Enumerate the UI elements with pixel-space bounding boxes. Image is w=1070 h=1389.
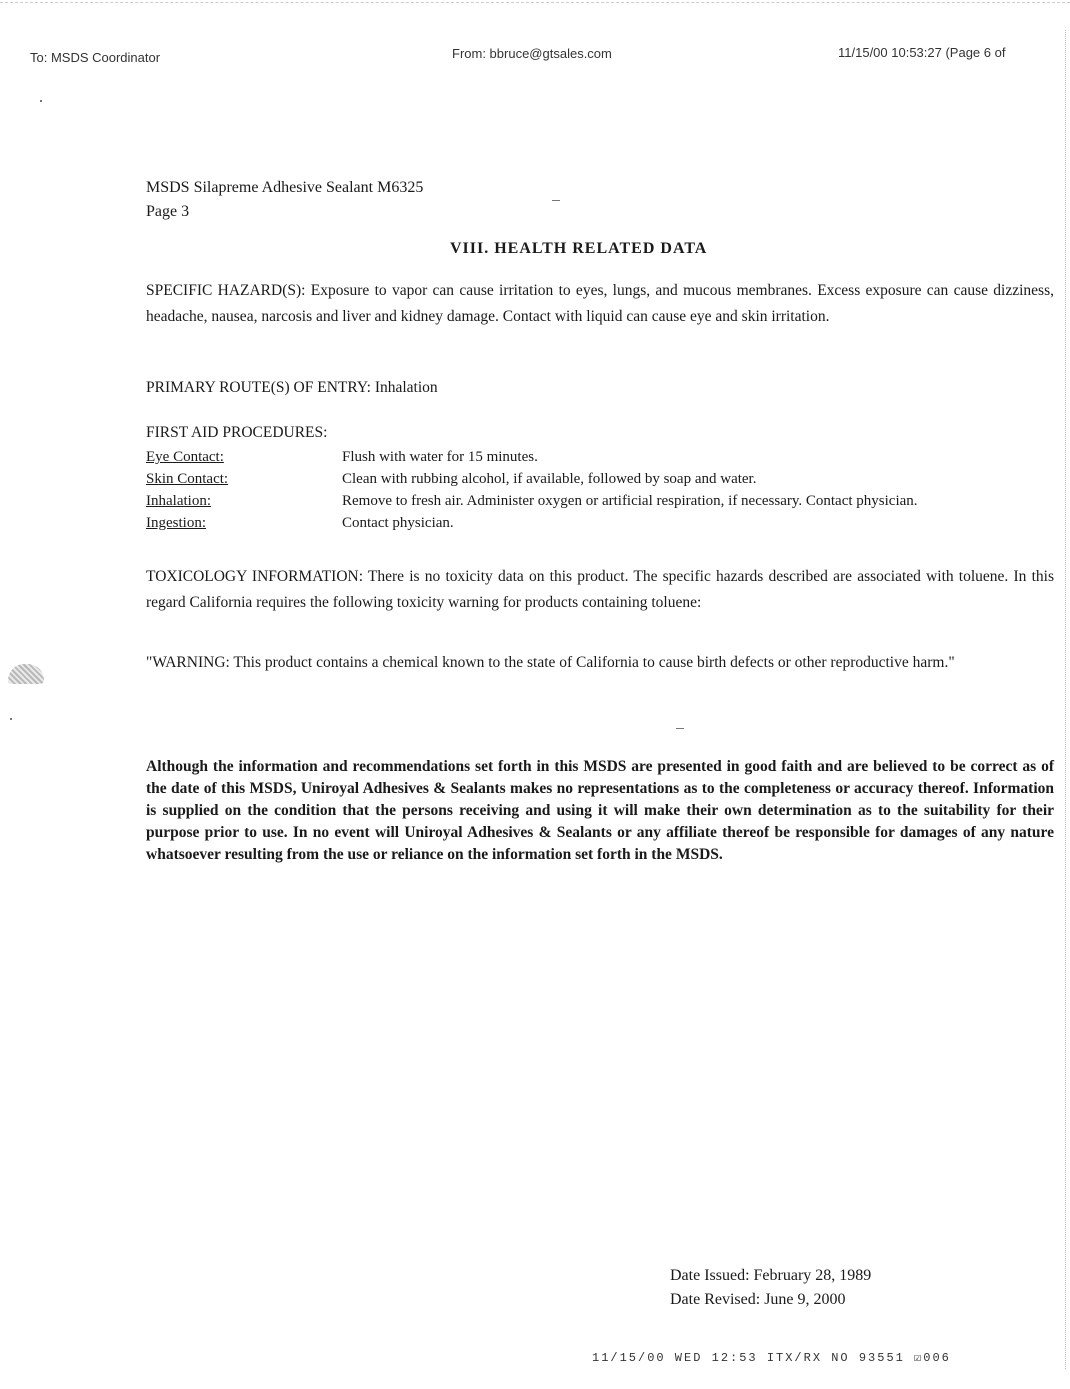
first-aid-text: Remove to fresh air. Administer oxygen o… — [342, 490, 1046, 512]
section-heading: VIII. HEALTH RELATED DATA — [450, 240, 707, 258]
first-aid-text: Flush with water for 15 minutes. — [342, 446, 1046, 468]
scan-smudge — [8, 664, 44, 684]
fax-header: To: MSDS Coordinator From: bbruce@gtsale… — [0, 44, 1070, 68]
date-issued: Date Issued: February 28, 1989 — [670, 1264, 871, 1288]
document-title: MSDS Silapreme Adhesive Sealant M6325 — [146, 176, 423, 200]
fax-timestamp: 11/15/00 10:53:27 (Page 6 of — [838, 45, 1005, 60]
first-aid-label: Skin Contact: — [146, 468, 342, 490]
toxicology-label: TOXICOLOGY INFORMATION: — [146, 568, 363, 585]
first-aid-row: Skin Contact: Clean with rubbing alcohol… — [146, 468, 1046, 490]
toxicology-information: TOXICOLOGY INFORMATION: There is no toxi… — [146, 564, 1054, 616]
first-aid-label: Inhalation: — [146, 490, 342, 512]
first-aid-row: Eye Contact: Flush with water for 15 min… — [146, 446, 1046, 468]
disclaimer: Although the information and recommendat… — [146, 756, 1054, 866]
scan-speck — [552, 200, 560, 201]
scan-right-edge — [1064, 30, 1066, 1369]
fax-to: To: MSDS Coordinator — [30, 50, 160, 65]
first-aid-row: Inhalation: Remove to fresh air. Adminis… — [146, 490, 1046, 512]
document-header: MSDS Silapreme Adhesive Sealant M6325 Pa… — [146, 176, 423, 224]
specific-hazards-label: SPECIFIC HAZARD(S): — [146, 282, 305, 299]
page-number: Page 3 — [146, 200, 423, 224]
first-aid-table: Eye Contact: Flush with water for 15 min… — [146, 446, 1046, 534]
fax-from: From: bbruce@gtsales.com — [452, 46, 612, 61]
document-dates: Date Issued: February 28, 1989 Date Revi… — [670, 1264, 871, 1312]
primary-route-text: Inhalation — [375, 379, 438, 396]
first-aid-title: FIRST AID PROCEDURES: — [146, 424, 327, 442]
scan-speck — [676, 728, 684, 729]
first-aid-label: Eye Contact: — [146, 446, 342, 468]
primary-route-label: PRIMARY ROUTE(S) OF ENTRY: — [146, 379, 371, 396]
date-revised: Date Revised: June 9, 2000 — [670, 1288, 871, 1312]
scan-speck — [40, 100, 42, 102]
first-aid-text: Clean with rubbing alcohol, if available… — [342, 468, 1046, 490]
scan-top-edge — [0, 2, 1070, 4]
primary-route: PRIMARY ROUTE(S) OF ENTRY: Inhalation — [146, 375, 1054, 401]
specific-hazards: SPECIFIC HAZARD(S): Exposure to vapor ca… — [146, 278, 1054, 330]
scan-speck — [10, 718, 12, 720]
first-aid-row: Ingestion: Contact physician. — [146, 512, 1046, 534]
first-aid-text: Contact physician. — [342, 512, 1046, 534]
california-warning: "WARNING: This product contains a chemic… — [146, 650, 1054, 676]
first-aid-label: Ingestion: — [146, 512, 342, 534]
fax-footer: 11/15/00 WED 12:53 ITX/RX NO 93551 ☑006 — [592, 1350, 951, 1365]
